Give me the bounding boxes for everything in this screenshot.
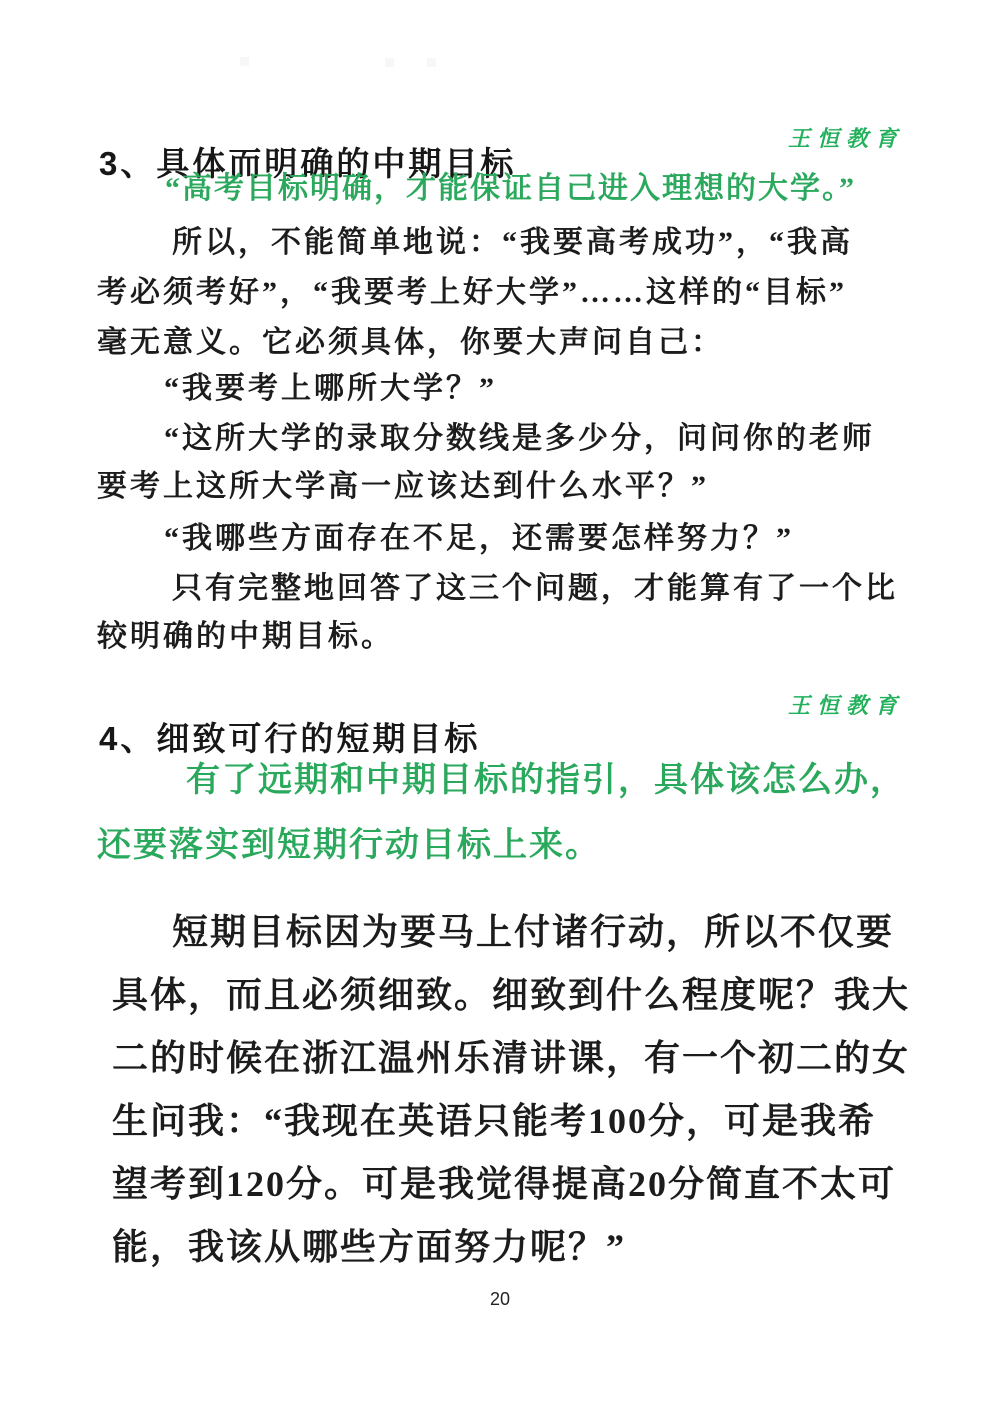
section-3-question-1: “我要考上哪所大学？” [164, 374, 497, 404]
section-3-paragraph-line: 所以，不能简单地说：“我要高考成功”，“我高 [172, 228, 853, 258]
section-4-paragraph-line: 能，我该从哪些方面努力呢？” [112, 1229, 626, 1265]
section-4-green-lead-line: 有了远期和中期目标的指引，具体该怎么办， [186, 764, 906, 798]
section-3-paragraph-line: 毫无意义。它必须具体，你要大声问自己： [97, 328, 724, 358]
section-3-green-quote: “高考目标明确，才能保证自己进入理想的大学。” [165, 174, 856, 204]
section-3-paragraph-line: 考必须考好”，“我要考上好大学”……这样的“目标” [97, 278, 847, 308]
section-3-question-3: “我哪些方面存在不足，还需要怎样努力？” [164, 524, 794, 554]
section-3-question-2-line: 要考上这所大学高一应该达到什么水平？” [97, 472, 709, 502]
section-4-heading: 4、细致可行的短期目标 [99, 722, 480, 755]
section-4-paragraph-line: 具体，而且必须细致。细致到什么程度呢？我大 [112, 977, 910, 1013]
page-number: 20 [0, 1289, 1000, 1310]
scan-artifact [240, 57, 249, 66]
section-4-paragraph-line: 短期目标因为要马上付诸行动，所以不仅要 [172, 914, 894, 950]
watermark-wangheng-jiaoyu: 王恒教育 [788, 695, 904, 717]
section-4-paragraph-line: 望考到120分。可是我觉得提高20分简直不太可 [112, 1166, 896, 1202]
scan-artifact [385, 58, 394, 67]
section-4-paragraph-line: 二的时候在浙江温州乐清讲课，有一个初二的女 [112, 1040, 910, 1076]
section-4-paragraph-line: 生问我：“我现在英语只能考100分，可是我希 [112, 1103, 876, 1139]
scan-artifact [427, 58, 436, 67]
section-3-closing-line: 较明确的中期目标。 [97, 622, 394, 652]
section-3-question-2-line: “这所大学的录取分数线是多少分，问问你的老师 [164, 424, 875, 454]
section-4-green-lead-line: 还要落实到短期行动目标上来。 [97, 829, 601, 863]
watermark-wangheng-jiaoyu: 王恒教育 [788, 128, 904, 150]
document-page: 3、具体而明确的中期目标 王恒教育 “高考目标明确，才能保证自己进入理想的大学。… [0, 0, 1000, 1414]
section-3-closing-line: 只有完整地回答了这三个问题，才能算有了一个比 [172, 574, 898, 604]
